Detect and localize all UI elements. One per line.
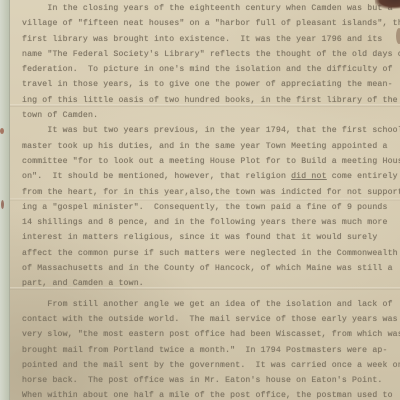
text-line: pointed and the mail sent by the governm… (22, 358, 398, 373)
text-line: of Massachusetts and in the County of Ha… (22, 261, 398, 276)
text-line: federation. To picture in one's mind the… (22, 62, 398, 77)
edge-stain-mark (1, 200, 4, 209)
text-line: part, and Camden a town. (22, 276, 398, 291)
text-line: on". It should be mentioned, however, th… (22, 169, 398, 184)
text-line: It was but two years previous, in the ye… (22, 123, 398, 138)
side-stain (396, 28, 400, 44)
text-line: master took up his duties, and in the sa… (22, 139, 398, 154)
text-line: contact with the outside world. The mail… (22, 312, 398, 327)
corner-stain (375, 0, 400, 10)
typewritten-text: In the closing years of the eighteenth c… (22, 1, 398, 400)
text-line: committee "for to look out a meeting Hou… (22, 154, 398, 169)
text-line: horse back. The post office was in Mr. E… (22, 373, 398, 388)
text-line: name "The Federal Society's Library" ref… (22, 47, 398, 62)
paragraph: It was but two years previous, in the ye… (22, 123, 398, 291)
text-line: interest in matters religious, since it … (22, 230, 398, 245)
text-line: very slow, "the most eastern post office… (22, 327, 398, 342)
paragraph: In the closing years of the eighteenth c… (22, 1, 398, 123)
text-line: When within about one half a mile of the… (22, 388, 398, 400)
text-line: from the heart, for in this year,also,th… (22, 185, 398, 200)
paragraph: From still another angle we get an idea … (22, 297, 398, 400)
text-line: affect the common purse if such matters … (22, 246, 398, 261)
text-line: In the closing years of the eighteenth c… (22, 1, 398, 16)
text-line: ing a "gospel minister". Consequently, t… (22, 200, 398, 215)
text-line: brought mail from Portland twice a month… (22, 343, 398, 358)
edge-stain-mark (0, 128, 4, 134)
text-line: town of Camden. (22, 108, 398, 123)
text-line: first library was brought into existence… (22, 32, 398, 47)
document-page: In the closing years of the eighteenth c… (9, 0, 400, 400)
text-line: 14 shillings and 8 pence, and in the fol… (22, 215, 398, 230)
text-line: travel in those years, is to give one th… (22, 77, 398, 92)
text-line: From still another angle we get an idea … (22, 297, 398, 312)
scanned-document-photo: In the closing years of the eighteenth c… (0, 0, 400, 400)
text-line: village of "fifteen neat houses" on a "h… (22, 16, 398, 31)
text-line: ing of this little oasis of two hundred … (22, 93, 398, 108)
